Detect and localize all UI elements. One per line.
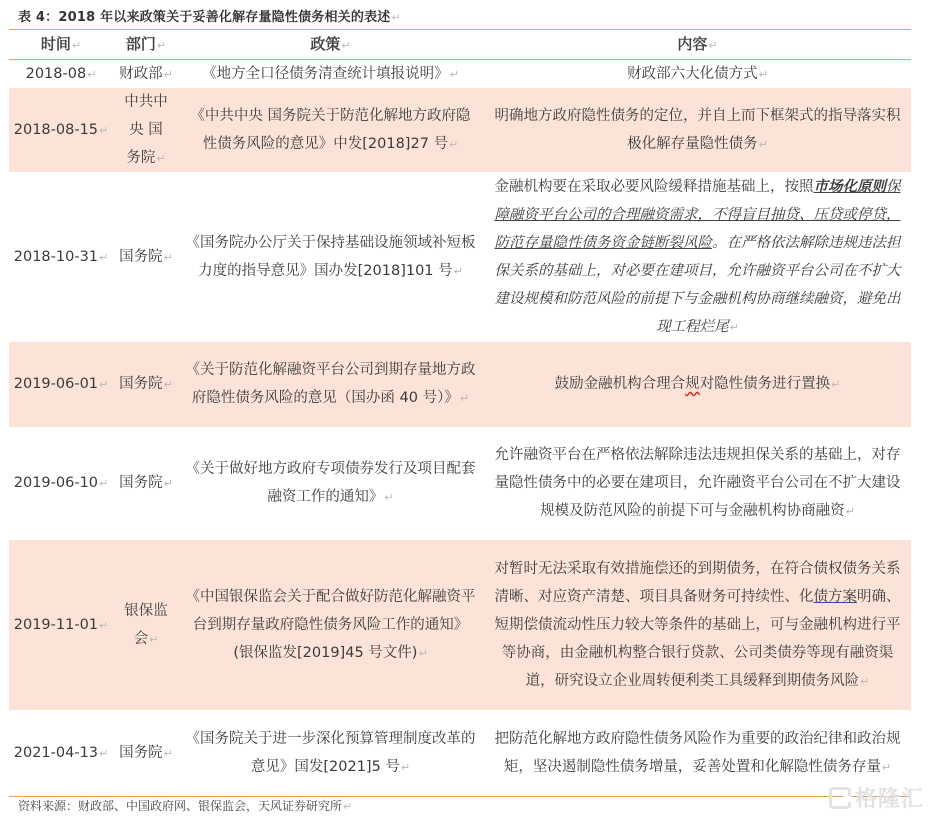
cell-dept: 财政部↵ <box>113 60 179 89</box>
header-content: 内容↵ <box>482 30 911 60</box>
table-row: 2021-04-13↵ 国务院↵ 《国务院关于进一步深化预算管理制度改革的意见》… <box>9 710 911 796</box>
cell-policy: 《中共中央 国务院关于防范化解地方政府隐性债务风险的意见》中发[2018]27 … <box>179 102 482 159</box>
cell-policy: 《地方全口径债务清查统计填报说明》↵ <box>179 60 482 89</box>
cell-dept: 国务院↵ <box>113 243 179 272</box>
cell-time: 2019-06-01↵ <box>9 370 113 399</box>
paragraph-mark-icon: ↵ <box>157 39 166 52</box>
table-header-row: 时间↵ 部门↵ 政策↵ 内容↵ <box>9 30 911 59</box>
cell-dept: 国务院↵ <box>113 370 179 399</box>
header-time: 时间↵ <box>9 30 113 60</box>
cell-dept: 国务院↵ <box>113 469 179 498</box>
cell-content: 鼓励金融机构合理合规对隐性债务进行置换↵ <box>482 370 911 399</box>
cell-content: 明确地方政府隐性债务的定位，并自上而下框架式的指导落实积极化解存量隐性债务↵ <box>482 102 911 159</box>
table-row: 2018-08↵ 财政部↵ 《地方全口径债务清查统计填报说明》↵ 财政部六大化债… <box>9 60 911 88</box>
watermark: 格隆汇 <box>829 782 924 813</box>
cell-policy: 《国务院关于进一步深化预算管理制度改革的意见》国发[2021]5 号↵ <box>179 725 482 782</box>
cell-policy: 《关于防范化解融资平台公司到期存量地方政府隐性债务风险的意见（国办函 40 号）… <box>179 356 482 413</box>
cell-dept: 国务院↵ <box>113 739 179 768</box>
cell-time: 2018-10-31↵ <box>9 243 113 272</box>
cell-content: 把防范化解地方政府隐性债务风险作为重要的政治纪律和政治规矩，坚决遏制隐性债务增量… <box>482 725 911 782</box>
table-row: 2018-08-15↵ 中共中央 国务院↵ 《中共中央 国务院关于防范化解地方政… <box>9 88 911 172</box>
source-note: 资料来源：财政部、中国政府网、银保监会，天风证券研究所↵ <box>18 797 352 814</box>
cell-time: 2021-04-13↵ <box>9 739 113 768</box>
cell-content: 金融机构要在采取必要风险缓释措施基础上，按照市场化原则保障融资平台公司的合理融资… <box>482 173 911 342</box>
cell-content: 允许融资平台在严格依法解除违法违规担保关系的基础上，对存量隐性债务中的必要在建项… <box>482 441 911 526</box>
watermark-text: 格隆汇 <box>855 782 924 813</box>
cell-policy: 《中国银保监会关于配合做好防范化解融资平台到期存量政府隐性债务风险工作的通知》(… <box>179 583 482 668</box>
cell-time: 2019-06-10↵ <box>9 469 113 498</box>
cell-policy: 《关于做好地方政府专项债券发行及项目配套融资工作的通知》↵ <box>179 455 482 512</box>
cell-time: 2018-08↵ <box>9 60 113 89</box>
caption-text: 表 4：2018 年以来政策关于妥善化解存量隐性债务相关的表述 <box>18 10 390 25</box>
cell-policy: 《国务院办公厅关于保持基础设施领域补短板力度的指导意见》国办发[2018]101… <box>179 229 482 286</box>
table-row: 2019-06-01↵ 国务院↵ 《关于防范化解融资平台公司到期存量地方政府隐性… <box>9 342 911 427</box>
cell-time: 2019-11-01↵ <box>9 611 113 640</box>
watermark-logo-icon <box>829 787 851 809</box>
paragraph-mark-icon: ↵ <box>708 39 717 52</box>
cell-time: 2018-08-15↵ <box>9 116 113 145</box>
cell-dept: 中共中央 国务院↵ <box>113 88 179 173</box>
table-caption: 表 4：2018 年以来政策关于妥善化解存量隐性债务相关的表述↵ <box>18 6 401 25</box>
paragraph-mark-icon: ↵ <box>72 39 81 52</box>
header-policy: 政策↵ <box>179 30 482 60</box>
table-row: 2018-10-31↵ 国务院↵ 《国务院办公厅关于保持基础设施领域补短板力度的… <box>9 172 911 342</box>
cell-content: 对暂时无法采取有效措施偿还的到期债务，在符合债权债务关系清晰、对应资产清楚、项目… <box>482 555 911 696</box>
table-row: 2019-11-01↵ 银保监会↵ 《中国银保监会关于配合做好防范化解融资平台到… <box>9 540 911 710</box>
paragraph-mark-icon: ↵ <box>341 39 350 52</box>
table-row: 2019-06-10↵ 国务院↵ 《关于做好地方政府专项债券发行及项目配套融资工… <box>9 427 911 540</box>
spellcheck-flag: 规 <box>685 376 700 392</box>
paragraph-mark-icon: ↵ <box>391 11 400 24</box>
underlined-text: 债方案 <box>814 589 858 605</box>
header-dept: 部门↵ <box>113 30 179 60</box>
cell-content: 财政部六大化债方式↵ <box>482 60 911 89</box>
policy-table: 时间↵ 部门↵ 政策↵ 内容↵ 2018-08↵ 财政部↵ 《地方全口径债务清查… <box>9 29 911 797</box>
content-text: 金融机构要在采取必要风险缓释措施基础上，按照 <box>495 179 814 195</box>
emphasis-text: 市场化原则 <box>814 179 887 195</box>
cell-dept: 银保监会↵ <box>113 597 179 654</box>
